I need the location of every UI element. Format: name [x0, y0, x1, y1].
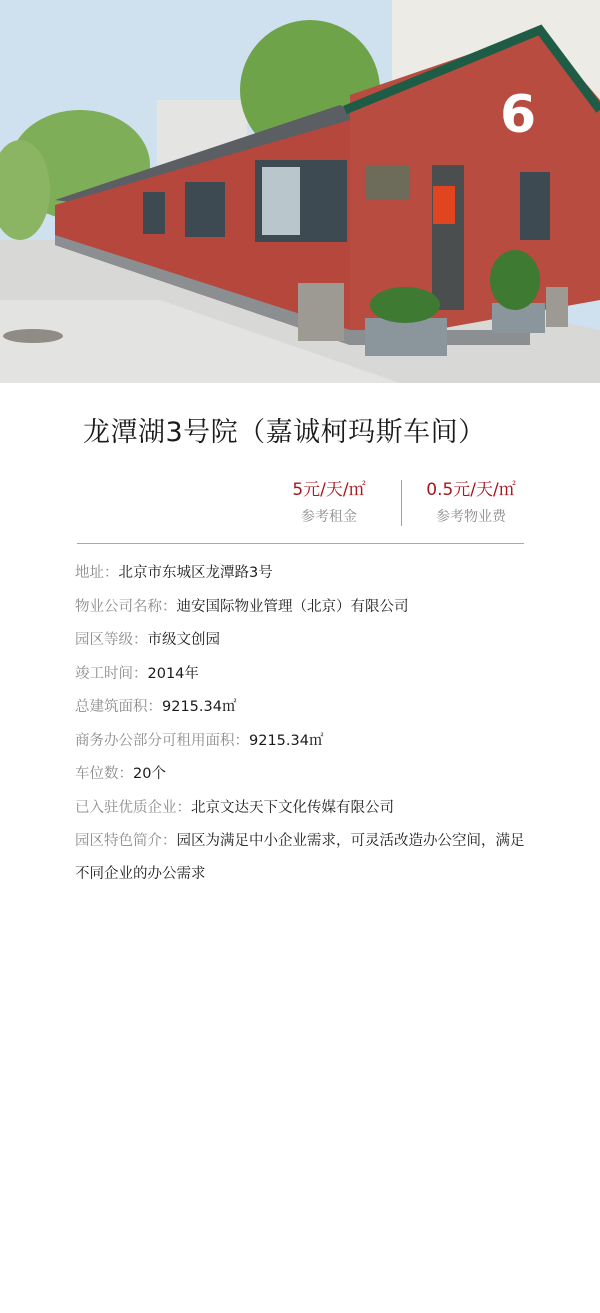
info-key: 车位数： [75, 766, 133, 782]
info-key: 竣工时间： [75, 666, 148, 682]
info-key: 总建筑面积： [75, 699, 162, 715]
rent-price-value: 5元/天/㎡ [266, 478, 392, 502]
info-value: 市级文创园 [148, 632, 221, 648]
info-list: 地址：北京市东城区龙潭路3号 物业公司名称：迪安国际物业管理（北京）有限公司 园… [75, 562, 525, 903]
info-key: 物业公司名称： [75, 599, 177, 615]
section-divider [77, 543, 524, 544]
info-key: 园区特色简介： [75, 833, 177, 849]
info-value: 北京市东城区龙潭路3号 [119, 565, 273, 581]
rent-price-block: 5元/天/㎡ 参考租金 [266, 478, 392, 528]
property-fee-label: 参考物业费 [408, 506, 534, 528]
info-row-park-level: 园区等级：市级文创园 [75, 629, 525, 651]
info-value: 9215.34㎡ [249, 733, 323, 749]
info-key: 商务办公部分可租用面积： [75, 733, 249, 749]
info-row-intro: 园区特色简介：园区为满足中小企业需求，可灵活改造办公空间，满足不同企业的办公需求 [75, 825, 525, 891]
property-fee-value: 0.5元/天/㎡ [408, 478, 534, 502]
info-row-tenants: 已入驻优质企业：北京文达天下文化传媒有限公司 [75, 797, 525, 819]
info-value: 北京文达天下文化传媒有限公司 [191, 800, 394, 816]
page-title: 龙潭湖3号院（嘉诚柯玛斯车间） [83, 410, 486, 449]
svg-text:6: 6 [500, 85, 536, 145]
hero-photo: 6 [0, 0, 600, 383]
info-key: 园区等级： [75, 632, 148, 648]
info-row-total-area: 总建筑面积：9215.34㎡ [75, 696, 525, 718]
info-key: 地址： [75, 565, 119, 581]
rent-price-label: 参考租金 [266, 506, 392, 528]
info-value: 迪安国际物业管理（北京）有限公司 [177, 599, 409, 615]
info-row-parking: 车位数：20个 [75, 763, 525, 785]
info-value: 20个 [133, 766, 166, 782]
info-value: 2014年 [148, 666, 199, 682]
info-value: 9215.34㎡ [162, 699, 236, 715]
info-key: 已入驻优质企业： [75, 800, 191, 816]
price-divider [401, 480, 402, 526]
property-fee-block: 0.5元/天/㎡ 参考物业费 [408, 478, 534, 528]
info-row-rentable-area: 商务办公部分可租用面积：9215.34㎡ [75, 730, 525, 752]
info-row-completion: 竣工时间：2014年 [75, 663, 525, 685]
info-row-address: 地址：北京市东城区龙潭路3号 [75, 562, 525, 584]
info-row-property-company: 物业公司名称：迪安国际物业管理（北京）有限公司 [75, 596, 525, 618]
